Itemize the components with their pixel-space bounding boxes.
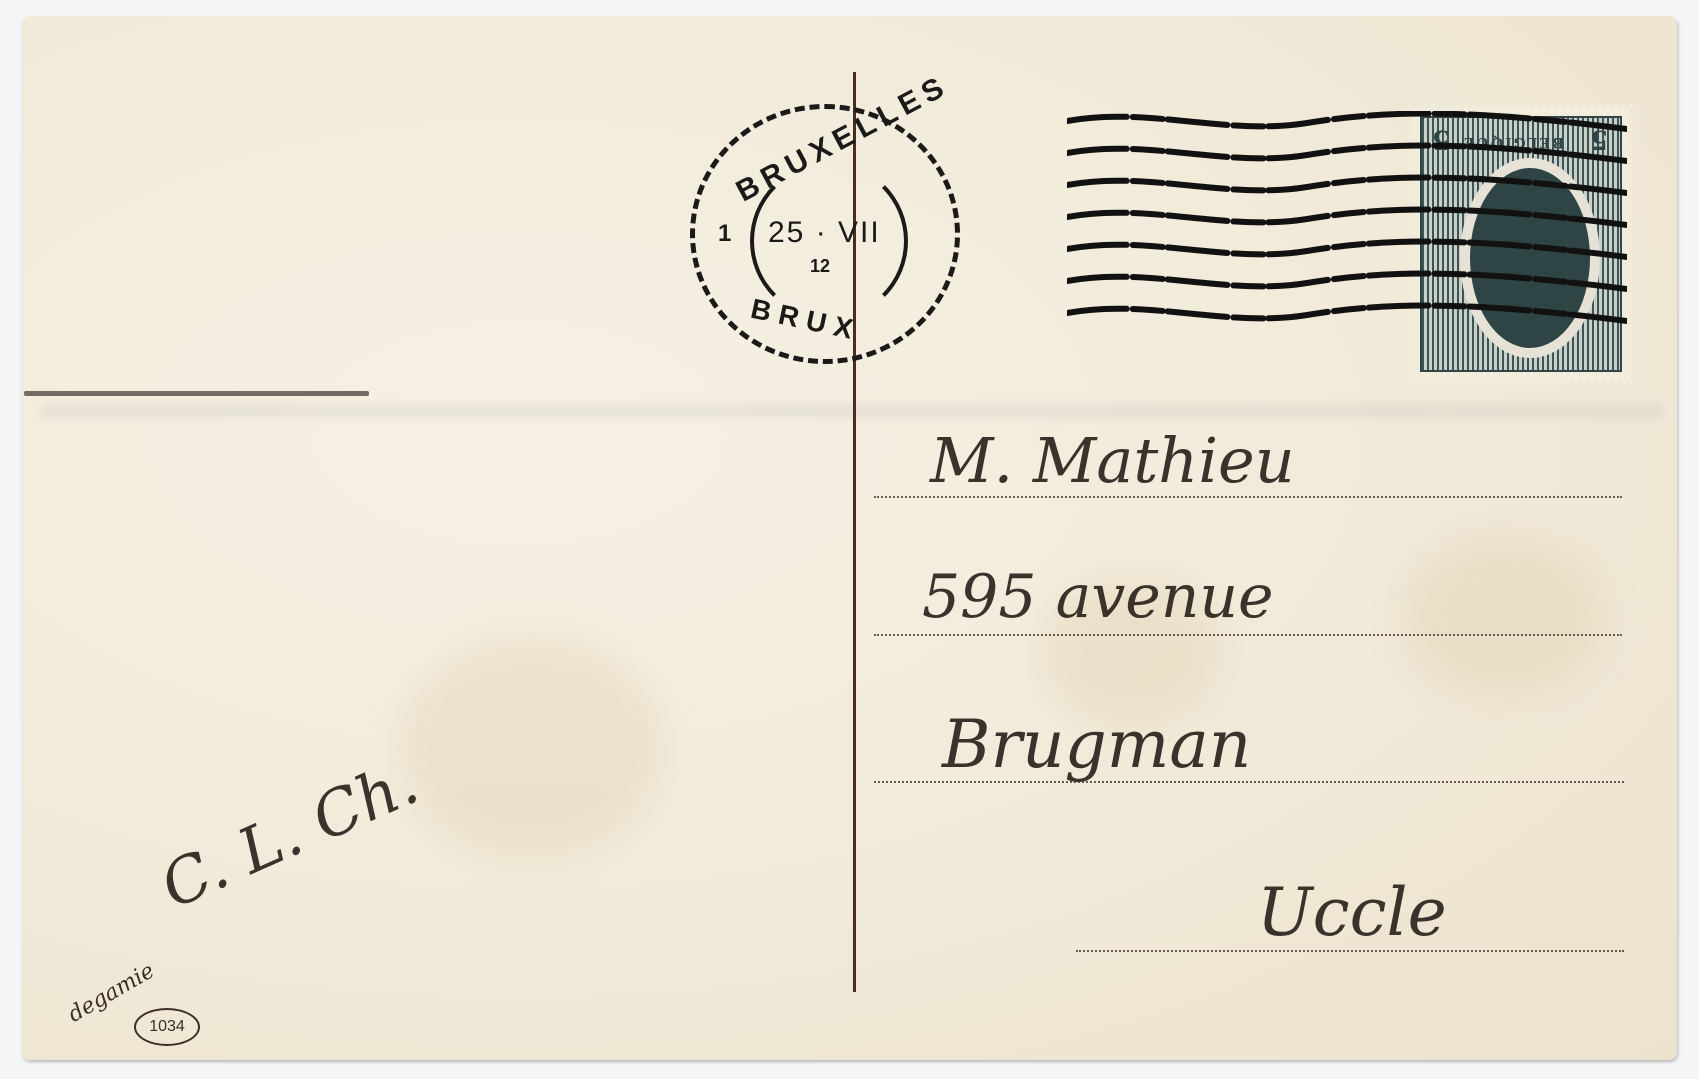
address-line-street-name: Brugman bbox=[942, 706, 1251, 783]
address-line-street: 595 avenue bbox=[922, 562, 1274, 632]
address-line-city: Uccle bbox=[1257, 874, 1447, 951]
cancellation-lines bbox=[1067, 111, 1627, 331]
publisher-number: 1034 bbox=[134, 1008, 200, 1046]
postmark-side-mark: 1 bbox=[718, 220, 731, 248]
address-line-recipient: M. Mathieu bbox=[930, 424, 1295, 497]
paper-stain bbox=[402, 636, 662, 856]
paper-stain bbox=[1402, 536, 1602, 696]
postmark-year: 12 bbox=[810, 256, 830, 277]
faded-rule bbox=[42, 404, 1662, 418]
ink-rule bbox=[24, 391, 369, 396]
postmark: BRUXELLES 25 · VII 12 1 BRUX bbox=[690, 104, 960, 364]
address-rule-2 bbox=[874, 634, 1622, 636]
postcard: BRUXELLES 25 · VII 12 1 BRUX 5 5 BELGIQU… bbox=[22, 16, 1677, 1060]
postmark-date: 25 · VII bbox=[768, 216, 881, 250]
signature: C. L. Ch. bbox=[150, 745, 428, 922]
